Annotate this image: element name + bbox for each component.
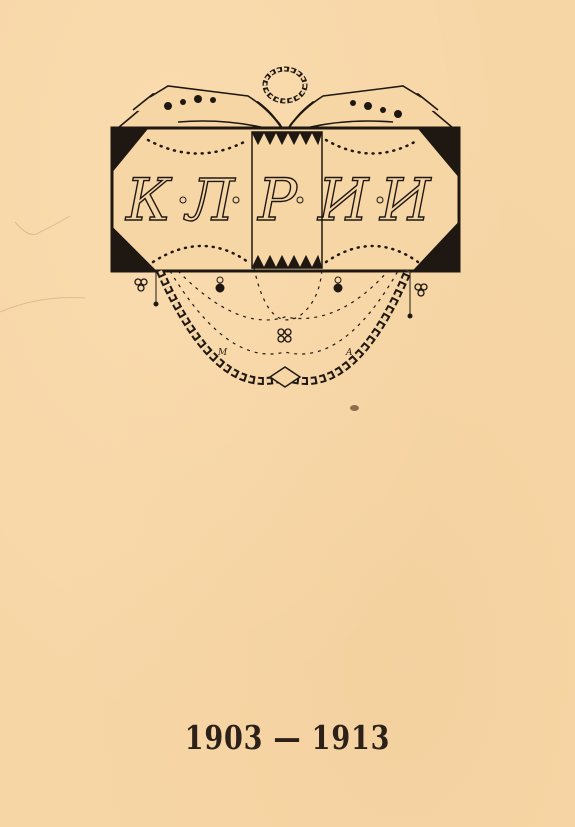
flower-ornaments <box>135 279 427 342</box>
emblem-vignette: К Л Р И И <box>108 62 463 392</box>
banner-letter-3: Р <box>257 166 298 234</box>
ink-spot <box>350 405 359 411</box>
paper-crease <box>0 200 120 320</box>
book-page: К Л Р И И <box>0 0 575 827</box>
artist-monogram-left: M <box>217 348 228 358</box>
banner-letter-4: И <box>317 166 370 234</box>
banner-letter-2: Л <box>183 166 236 234</box>
date-range: 1903 — 1913 <box>52 718 524 757</box>
banner-letter-1: К <box>125 166 173 234</box>
artist-monogram-right: A <box>345 348 353 358</box>
banner-letter-5: И <box>379 166 432 234</box>
bead-pendants <box>154 271 412 318</box>
pearl-necklaces <box>160 268 408 381</box>
